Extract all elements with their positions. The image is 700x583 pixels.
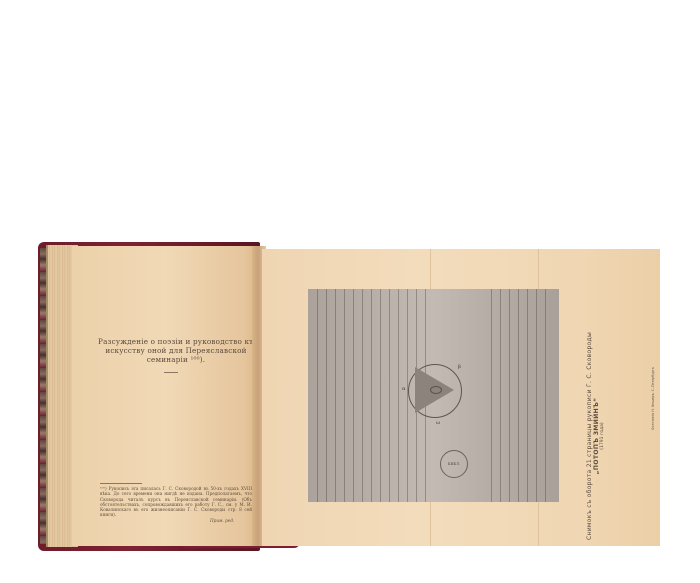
diagram-letter-beta: β — [458, 364, 461, 370]
caption-line-1: Снимокъ съ оборота 21 страницы рукописи … — [586, 332, 593, 540]
caption-line-2: „ПОТОПЪ ЗМИИНЪ“ — [593, 332, 600, 540]
footnote-signature: Прим. ред. — [210, 518, 234, 523]
footnote-text: ¹⁰⁰) Рукопись эта писалась Г. С. Сковоро… — [100, 486, 252, 518]
footnote-divider — [100, 483, 142, 484]
handwriting-block-right — [486, 289, 552, 502]
section-title: Разсужденіе о поэзіи и руководство къ ис… — [98, 337, 254, 364]
diagram-letter-alpha: α — [402, 386, 405, 392]
library-stamp: БИБЛ. — [440, 450, 468, 478]
eye-of-providence-icon — [430, 386, 442, 394]
title-divider — [164, 372, 178, 373]
printer-credit: Фототипія Н. Фишеръ. С.-Петербургъ — [651, 367, 655, 430]
diagram-letter-omega: ω — [436, 420, 440, 426]
caption-line-3: (1791 года) — [600, 332, 605, 540]
plate-caption: Снимокъ съ оборота 21 страницы рукописи … — [586, 332, 605, 540]
